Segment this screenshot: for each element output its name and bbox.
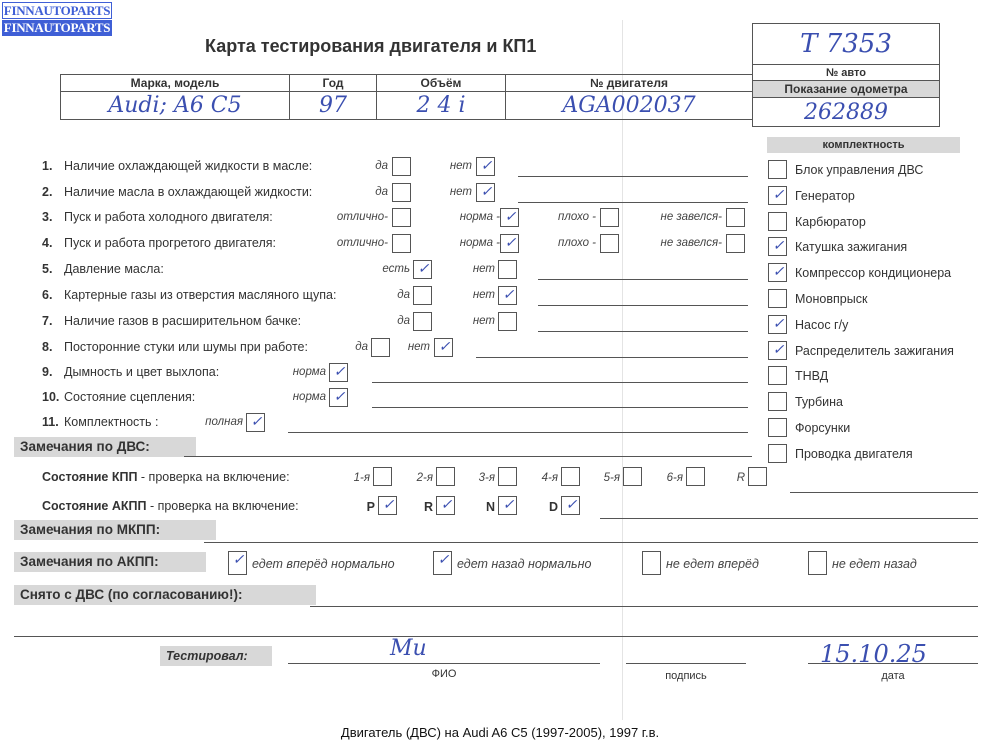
akpp-remark-checkbox[interactable]: ✓: [228, 551, 247, 575]
option-label: не завелся-: [630, 211, 722, 223]
question-text: Наличие охлаждающей жидкости в масле:: [64, 159, 312, 173]
position-checkbox[interactable]: ✓: [378, 496, 397, 515]
extra-notes-line[interactable]: [14, 636, 978, 637]
option-checkbox[interactable]: [413, 312, 432, 331]
option-checkbox[interactable]: ✓: [434, 338, 453, 357]
option-checkbox[interactable]: [726, 208, 745, 227]
scan-fold-line: [622, 20, 623, 720]
question-label: 2.Наличие масла в охлаждающей жидкости:: [42, 185, 312, 199]
gear-checkbox[interactable]: [436, 467, 455, 486]
completeness-checkbox[interactable]: ✓: [768, 341, 787, 360]
signature-line[interactable]: [626, 663, 746, 664]
check-mark-icon: ✓: [437, 497, 456, 514]
completeness-item-label: ТНВД: [795, 369, 828, 383]
option-checkbox[interactable]: [600, 208, 619, 227]
watermark-logo-top: FINNAUTOPARTS: [2, 2, 112, 19]
option-label: нет: [425, 160, 472, 172]
check-mark-icon: ✓: [330, 389, 349, 406]
position-checkbox[interactable]: ✓: [561, 496, 580, 515]
completeness-item-label: Карбюратор: [795, 215, 866, 229]
check-mark-icon: ✓: [499, 287, 518, 304]
position-checkbox[interactable]: ✓: [498, 496, 517, 515]
question-text: Давление масла:: [64, 262, 164, 276]
option-checkbox[interactable]: [392, 157, 411, 176]
gear-checkbox[interactable]: [373, 467, 392, 486]
check-mark-icon: ✓: [477, 158, 496, 175]
option-checkbox[interactable]: ✓: [498, 286, 517, 305]
question-label: 8.Посторонние стуки или шумы при работе:: [42, 340, 308, 354]
check-mark-icon: ✓: [247, 414, 266, 431]
completeness-checkbox[interactable]: [768, 444, 787, 463]
odometer-label: Показание одометра: [752, 80, 940, 98]
completeness-item-label: Генератор: [795, 189, 855, 203]
kpp-check-label: Состояние КПП - проверка на включение:: [42, 470, 290, 484]
option-label: да: [340, 186, 388, 198]
option-label: есть: [360, 263, 410, 275]
question-label: 4.Пуск и работа прогретого двигателя:: [42, 236, 276, 250]
remarks-line[interactable]: [538, 305, 748, 306]
completeness-item-label: Катушка зажигания: [795, 240, 907, 254]
position-label: P: [355, 500, 375, 514]
completeness-checkbox[interactable]: [768, 418, 787, 437]
dvs-remarks-line[interactable]: [184, 456, 752, 457]
question-text: Состояние сцепления:: [64, 390, 195, 404]
remarks-line[interactable]: [476, 357, 748, 358]
option-checkbox[interactable]: [413, 286, 432, 305]
completeness-item-label: Проводка двигателя: [795, 447, 913, 461]
option-checkbox[interactable]: ✓: [500, 234, 519, 253]
question-text: Комплектность :: [64, 415, 158, 429]
fio-label: ФИО: [288, 668, 600, 680]
question-number: 2.: [42, 185, 64, 199]
date-line[interactable]: [808, 663, 978, 664]
mkpp-remarks-label: Замечания по МКПП:: [14, 520, 216, 540]
akpp-remark-label: едет вперёд нормально: [252, 557, 395, 571]
question-label: 9.Дымность и цвет выхлопа:: [42, 365, 219, 379]
dvs-remarks-label: Замечания по ДВС:: [14, 437, 196, 457]
option-label: отлично-: [300, 237, 388, 249]
gear-label: 1-я: [330, 472, 370, 484]
akpp-check-label: Состояние АКПП - проверка на включение:: [42, 499, 299, 513]
remarks-line[interactable]: [518, 202, 748, 203]
akpp-remark-checkbox[interactable]: [808, 551, 827, 575]
gear-label: 6-я: [640, 472, 683, 484]
check-mark-icon: ✓: [769, 238, 788, 255]
check-mark-icon: ✓: [501, 209, 520, 226]
question-text: Картерные газы из отверстия масляного щу…: [64, 288, 336, 302]
option-checkbox[interactable]: [498, 260, 517, 279]
option-label: норма: [260, 366, 326, 378]
question-label: 11.Комплектность :: [42, 415, 158, 429]
removed-from-engine-label: Снято с ДВС (по согласованию!):: [14, 585, 316, 605]
fio-value[interactable]: Ми: [390, 636, 427, 661]
completeness-item-label: Моновпрыск: [795, 292, 867, 306]
option-checkbox[interactable]: [371, 338, 390, 357]
option-checkbox[interactable]: ✓: [329, 363, 348, 382]
akpp-remark-label: не едет вперёд: [666, 557, 759, 571]
question-text: Наличие газов в расширительном бачке:: [64, 314, 301, 328]
remarks-line[interactable]: [288, 432, 748, 433]
check-mark-icon: ✓: [501, 235, 520, 252]
position-label: R: [415, 500, 433, 514]
question-number: 10.: [42, 390, 64, 404]
car-number-label: № авто: [752, 64, 940, 81]
fio-line[interactable]: [288, 663, 600, 664]
check-mark-icon: ✓: [769, 342, 788, 359]
position-label: D: [540, 500, 558, 514]
option-label: плохо -: [525, 237, 596, 249]
question-number: 1.: [42, 159, 64, 173]
option-checkbox[interactable]: ✓: [476, 157, 495, 176]
remarks-line[interactable]: [372, 382, 748, 383]
volume-value[interactable]: 2 4 i: [377, 92, 506, 120]
col-header-volume: Объём: [377, 75, 506, 92]
mkpp-remarks-line[interactable]: [204, 542, 978, 543]
watermark-logo-bottom: FINNAUTOPARTS: [2, 20, 112, 36]
option-checkbox[interactable]: [392, 183, 411, 202]
remarks-line[interactable]: [538, 331, 748, 332]
akpp-remarks-line[interactable]: [600, 518, 978, 519]
question-label: 5.Давление масла:: [42, 262, 164, 276]
completeness-item-label: Насос г/у: [795, 318, 848, 332]
option-checkbox[interactable]: ✓: [246, 413, 265, 432]
completeness-checkbox[interactable]: ✓: [768, 263, 787, 282]
option-label: отлично-: [300, 211, 388, 223]
completeness-item-label: Компрессор кондиционера: [795, 266, 951, 280]
question-number: 7.: [42, 314, 64, 328]
option-label: не завелся-: [630, 237, 722, 249]
vehicle-info-table: Марка, модель Год Объём № двигателя Audi…: [60, 74, 753, 120]
engine-number-value[interactable]: AGA002037: [506, 92, 753, 120]
option-checkbox[interactable]: [392, 234, 411, 253]
col-header-make-model: Марка, модель: [61, 75, 290, 92]
gear-label: 4-я: [515, 472, 558, 484]
completeness-checkbox[interactable]: [768, 289, 787, 308]
question-number: 9.: [42, 365, 64, 379]
make-model-value[interactable]: Audi; A6 C5: [61, 92, 290, 120]
check-mark-icon: ✓: [499, 497, 518, 514]
image-caption: Двигатель (ДВС) на Audi A6 C5 (1997-2005…: [0, 725, 1000, 740]
question-number: 6.: [42, 288, 64, 302]
form-title: Карта тестирования двигателя и КП1: [205, 36, 536, 57]
check-mark-icon: ✓: [769, 187, 788, 204]
completeness-item-label: Форсунки: [795, 421, 850, 435]
question-text: Пуск и работа прогретого двигателя:: [64, 236, 276, 250]
completeness-checkbox[interactable]: [768, 212, 787, 231]
question-number: 11.: [42, 415, 64, 429]
question-text: Посторонние стуки или шумы при работе:: [64, 340, 308, 354]
option-label: нет: [445, 315, 495, 327]
option-label: нет: [425, 186, 472, 198]
question-number: 4.: [42, 236, 64, 250]
question-label: 6.Картерные газы из отверстия масляного …: [42, 288, 336, 302]
akpp-remark-label: едет назад нормально: [457, 557, 591, 571]
question-number: 8.: [42, 340, 64, 354]
completeness-checkbox[interactable]: ✓: [768, 315, 787, 334]
option-label: да: [330, 341, 368, 353]
option-checkbox[interactable]: ✓: [476, 183, 495, 202]
question-number: 5.: [42, 262, 64, 276]
option-label: нет: [445, 289, 495, 301]
completeness-checkbox[interactable]: ✓: [768, 237, 787, 256]
gear-label: 2-я: [395, 472, 433, 484]
question-label: 3.Пуск и работа холодного двигателя:: [42, 210, 273, 224]
check-mark-icon: ✓: [435, 339, 454, 356]
completeness-checkbox[interactable]: [768, 392, 787, 411]
option-checkbox[interactable]: ✓: [329, 388, 348, 407]
car-info-box: T 7353 № авто Показание одометра 262889: [752, 23, 940, 131]
odometer-value[interactable]: 262889: [752, 97, 940, 127]
option-label: да: [340, 160, 388, 172]
col-header-year: Год: [290, 75, 377, 92]
option-label: нет: [395, 341, 430, 353]
position-label: N: [477, 500, 495, 514]
completeness-item-label: Распределитель зажигания: [795, 344, 954, 358]
option-label: да: [360, 315, 410, 327]
date-label: дата: [808, 670, 978, 682]
completeness-checkbox[interactable]: [768, 160, 787, 179]
option-checkbox[interactable]: [498, 312, 517, 331]
check-mark-icon: ✓: [330, 364, 349, 381]
option-label: да: [360, 289, 410, 301]
option-checkbox[interactable]: [726, 234, 745, 253]
gear-checkbox[interactable]: [748, 467, 767, 486]
check-mark-icon: ✓: [562, 497, 581, 514]
completeness-header: комплектность: [767, 137, 960, 153]
option-label: нет: [445, 263, 495, 275]
signature-label: подпись: [626, 670, 746, 682]
gear-checkbox[interactable]: [686, 467, 705, 486]
akpp-remarks-label: Замечания по АКПП:: [14, 552, 206, 572]
akpp-remark-checkbox[interactable]: ✓: [433, 551, 452, 575]
tested-by-label: Тестировал:: [160, 646, 272, 666]
remarks-line[interactable]: [538, 279, 748, 280]
completeness-item-label: Блок управления ДВС: [795, 163, 923, 177]
check-mark-icon: ✓: [769, 264, 788, 281]
question-label: 1.Наличие охлаждающей жидкости в масле:: [42, 159, 312, 173]
kpp-remarks-line[interactable]: [790, 492, 978, 493]
option-checkbox[interactable]: ✓: [413, 260, 432, 279]
gear-checkbox[interactable]: [561, 467, 580, 486]
option-label: норма -: [425, 237, 500, 249]
akpp-remark-checkbox[interactable]: [642, 551, 661, 575]
remarks-line[interactable]: [518, 176, 748, 177]
col-header-engine-number: № двигателя: [506, 75, 753, 92]
question-text: Наличие масла в охлаждающей жидкости:: [64, 185, 312, 199]
completeness-item-label: Турбина: [795, 395, 843, 409]
gear-label: 3-я: [455, 472, 495, 484]
gear-label: 5-я: [580, 472, 620, 484]
check-mark-icon: ✓: [229, 552, 248, 569]
option-label: плохо -: [525, 211, 596, 223]
check-mark-icon: ✓: [769, 316, 788, 333]
question-number: 3.: [42, 210, 64, 224]
option-checkbox[interactable]: [392, 208, 411, 227]
question-text: Пуск и работа холодного двигателя:: [64, 210, 273, 224]
option-checkbox[interactable]: [600, 234, 619, 253]
akpp-remark-label: не едет назад: [832, 557, 917, 571]
check-mark-icon: ✓: [477, 184, 496, 201]
completeness-checkbox[interactable]: ✓: [768, 186, 787, 205]
remarks-line[interactable]: [372, 407, 748, 408]
question-label: 10.Состояние сцепления:: [42, 390, 195, 404]
gear-label: R: [715, 472, 745, 484]
option-label: норма -: [425, 211, 500, 223]
check-mark-icon: ✓: [414, 261, 433, 278]
year-value[interactable]: 97: [290, 92, 377, 120]
question-label: 7.Наличие газов в расширительном бачке:: [42, 314, 301, 328]
question-text: Дымность и цвет выхлопа:: [64, 365, 219, 379]
option-label: полная: [180, 416, 243, 428]
removed-line[interactable]: [310, 606, 978, 607]
option-label: норма: [260, 391, 326, 403]
car-number-value[interactable]: T 7353: [752, 23, 940, 65]
check-mark-icon: ✓: [379, 497, 398, 514]
position-checkbox[interactable]: ✓: [436, 496, 455, 515]
check-mark-icon: ✓: [434, 552, 453, 569]
option-checkbox[interactable]: ✓: [500, 208, 519, 227]
completeness-checkbox[interactable]: [768, 366, 787, 385]
